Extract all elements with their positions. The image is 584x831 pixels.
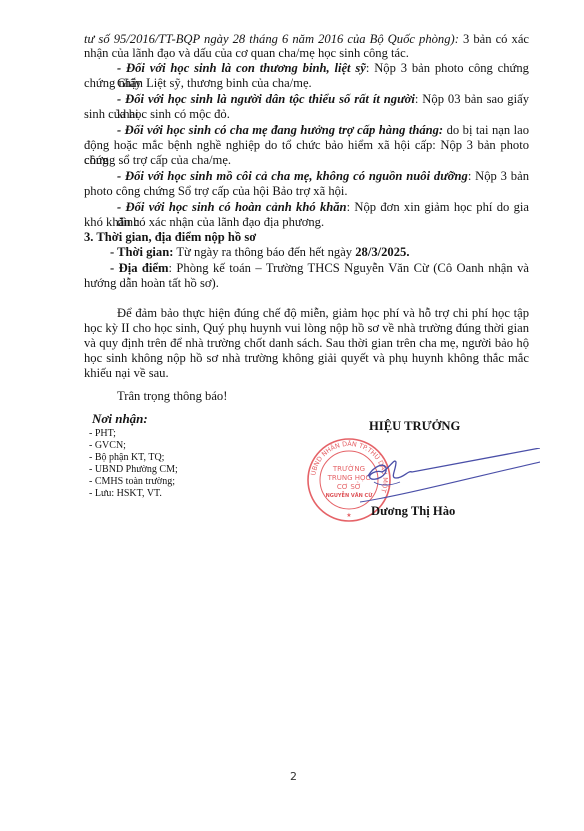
item-label: - Đối với học sinh là người dân tộc thiể…	[117, 92, 415, 106]
time-label: - Thời gian:	[110, 245, 173, 259]
document-page: tư số 95/2016/TT-BQP ngày 28 tháng 6 năm…	[0, 0, 584, 831]
recipient-item: - UBND Phường CM;	[89, 464, 178, 476]
time-text: Từ ngày ra thông báo đến hết ngày	[173, 245, 355, 259]
section-heading: 3. Thời gian, địa điểm nộp hồ sơ	[84, 230, 256, 245]
text-line: chứng nhận Liệt sỹ, thương binh của cha/…	[84, 76, 312, 91]
recipient-item: - Lưu: HSKT, VT.	[89, 488, 162, 500]
closing-line: học sinh không nộp hồ sơ nhà trường khôn…	[84, 351, 529, 366]
recipients-title: Nơi nhận:	[92, 411, 148, 427]
recipient-item: - CMHS toàn trường;	[89, 476, 175, 488]
text-line: nhận của lãnh đạo và dấu của cơ quan cha…	[84, 46, 409, 61]
text-span: 3 bản có xác	[459, 32, 529, 46]
closing-line: Để đảm bảo thực hiện đúng chế độ miễn, g…	[117, 306, 529, 321]
recipient-item: - Bộ phận KT, TQ;	[89, 452, 164, 464]
citation-text: tư số 95/2016/TT-BQP ngày 28 tháng 6 năm…	[84, 32, 459, 46]
item-text: : Nộp 3 bản	[468, 169, 529, 183]
text-line: hướng dẫn hoàn tất hồ sơ).	[84, 276, 219, 291]
closing-line: khiếu nại về sau.	[84, 366, 169, 381]
item-label: - Đối với học sinh có cha mẹ đang hưởng …	[117, 123, 443, 137]
closing-line: và quy định trên để nhà trường chốt danh…	[84, 336, 529, 351]
item-orphan: - Đối với học sinh mồ côi cả cha mẹ, khô…	[117, 169, 529, 184]
signer-title: HIỆU TRƯỞNG	[369, 419, 460, 434]
recipient-item: - GVCN;	[89, 440, 126, 452]
text-line: tư số 95/2016/TT-BQP ngày 28 tháng 6 năm…	[84, 32, 529, 47]
item-label: - Đối với học sinh có hoàn cảnh khó khăn	[117, 200, 347, 214]
place-label: - Địa điểm	[110, 261, 168, 275]
signer-name: Dương Thị Hào	[371, 504, 455, 519]
text-line: chứng sổ trợ cấp của cha/mẹ.	[84, 153, 231, 168]
svg-text:★: ★	[346, 512, 351, 519]
place-text: : Phòng kế toán – Trường THCS Nguyễn Văn…	[168, 261, 529, 275]
regards-text: Trân trọng thông báo!	[117, 389, 227, 404]
submission-time: - Thời gian: Từ ngày ra thông báo đến hế…	[110, 245, 409, 260]
svg-text:CƠ SỞ: CƠ SỞ	[337, 481, 361, 491]
item-monthly-allowance: - Đối với học sinh có cha mẹ đang hưởng …	[117, 123, 529, 138]
item-label: - Đối với học sinh là con thương binh, l…	[117, 61, 366, 75]
text-line: photo công chứng Sổ trợ cấp của hội Bảo …	[84, 184, 348, 199]
submission-place: - Địa điểm: Phòng kế toán – Trường THCS …	[110, 261, 529, 276]
item-text: do bị tai nạn lao	[443, 123, 529, 137]
closing-line: học kỳ II cho học sinh, Quý phụ huynh vu…	[84, 321, 529, 336]
item-label: - Đối với học sinh mồ côi cả cha mẹ, khô…	[117, 169, 468, 183]
deadline-date: 28/3/2025.	[355, 245, 409, 259]
page-number: 2	[290, 770, 297, 783]
recipient-item: - PHT;	[89, 428, 116, 440]
text-line: sinh của học sinh có mộc đỏ.	[84, 107, 230, 122]
text-line: khó khăn có xác nhận của lãnh đạo địa ph…	[84, 215, 324, 230]
